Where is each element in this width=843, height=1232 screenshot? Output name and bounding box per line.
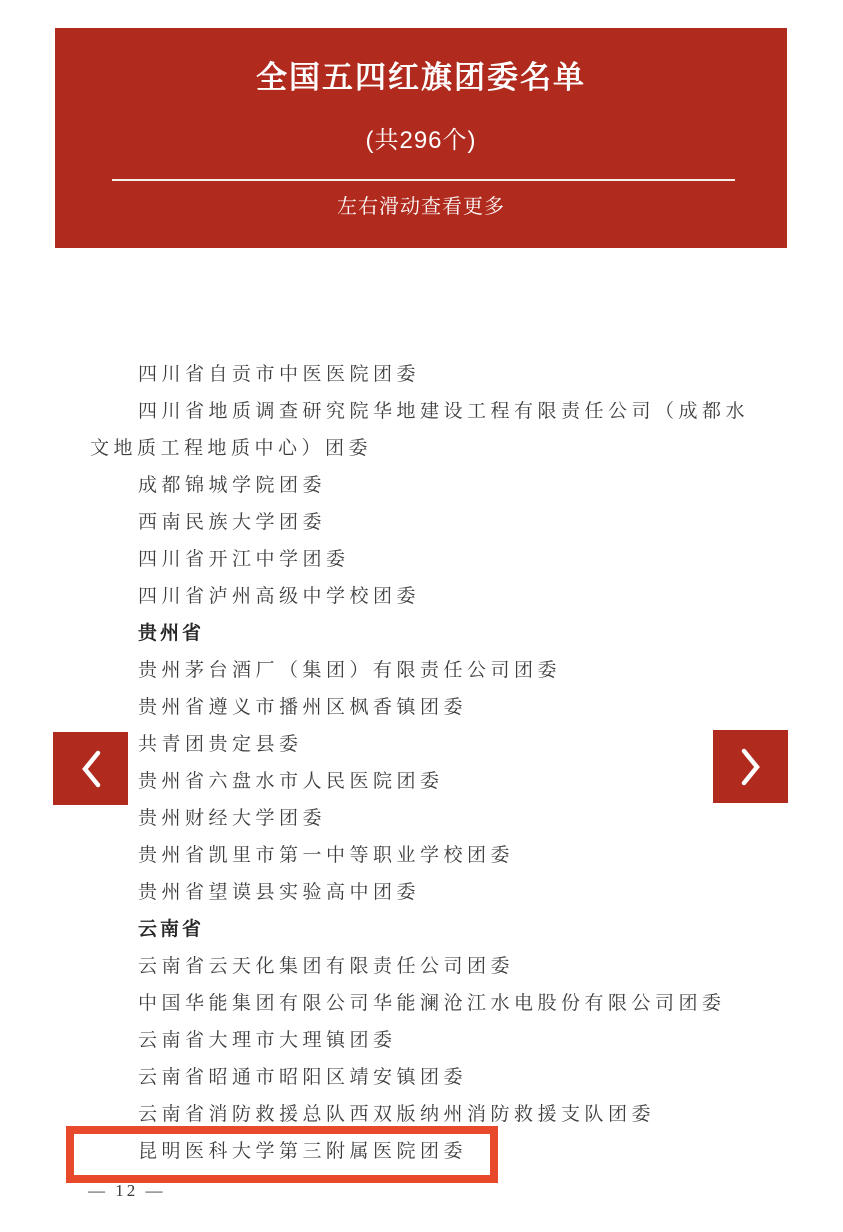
list-item: 云南省昭通市昭阳区靖安镇团委 — [90, 1059, 770, 1096]
list-item: 四川省自贡市中医医院团委 — [90, 356, 770, 393]
list-item: 云南省云天化集团有限责任公司团委 — [90, 948, 770, 985]
list-item: 云南省消防救援总队西双版纳州消防救援支队团委 — [90, 1096, 770, 1133]
list-item: 成都锦城学院团委 — [90, 467, 770, 504]
list-item: 共青团贵定县委 — [90, 726, 770, 763]
banner-divider — [112, 179, 735, 181]
list-item: 贵州省凯里市第一中等职业学校团委 — [90, 837, 770, 874]
province-header: 贵州省 — [90, 615, 770, 652]
committee-list: 四川省自贡市中医医院团委四川省地质调查研究院华地建设工程有限责任公司（成都水文地… — [90, 356, 770, 1170]
page-number: — 12 — — [88, 1181, 166, 1201]
list-item: 贵州茅台酒厂（集团）有限责任公司团委 — [90, 652, 770, 689]
list-item: 西南民族大学团委 — [90, 504, 770, 541]
list-item: 云南省大理市大理镇团委 — [90, 1022, 770, 1059]
swipe-hint: 左右滑动查看更多 — [55, 194, 787, 220]
list-item: 文地质工程地质中心）团委 — [90, 430, 770, 467]
province-header: 云南省 — [90, 911, 770, 948]
list-item: 贵州省望谟县实验高中团委 — [90, 874, 770, 911]
list-item: 四川省泸州高级中学校团委 — [90, 578, 770, 615]
list-item: 四川省地质调查研究院华地建设工程有限责任公司（成都水 — [90, 393, 770, 430]
list-item: 贵州省遵义市播州区枫香镇团委 — [90, 689, 770, 726]
list-item: 贵州省六盘水市人民医院团委 — [90, 763, 770, 800]
list-item: 中国华能集团有限公司华能澜沧江水电股份有限公司团委 — [90, 985, 770, 1022]
list-item-highlighted: 昆明医科大学第三附属医院团委 — [90, 1133, 770, 1170]
banner: 全国五四红旗团委名单 (共296个) 左右滑动查看更多 — [55, 28, 787, 248]
banner-title: 全国五四红旗团委名单 — [55, 28, 787, 96]
banner-count: (共296个) — [55, 127, 787, 155]
document-page: 全国五四红旗团委名单 (共296个) 左右滑动查看更多 四川省自贡市中医医院团委… — [0, 0, 843, 1232]
list-item: 四川省开江中学团委 — [90, 541, 770, 578]
list-item: 贵州财经大学团委 — [90, 800, 770, 837]
